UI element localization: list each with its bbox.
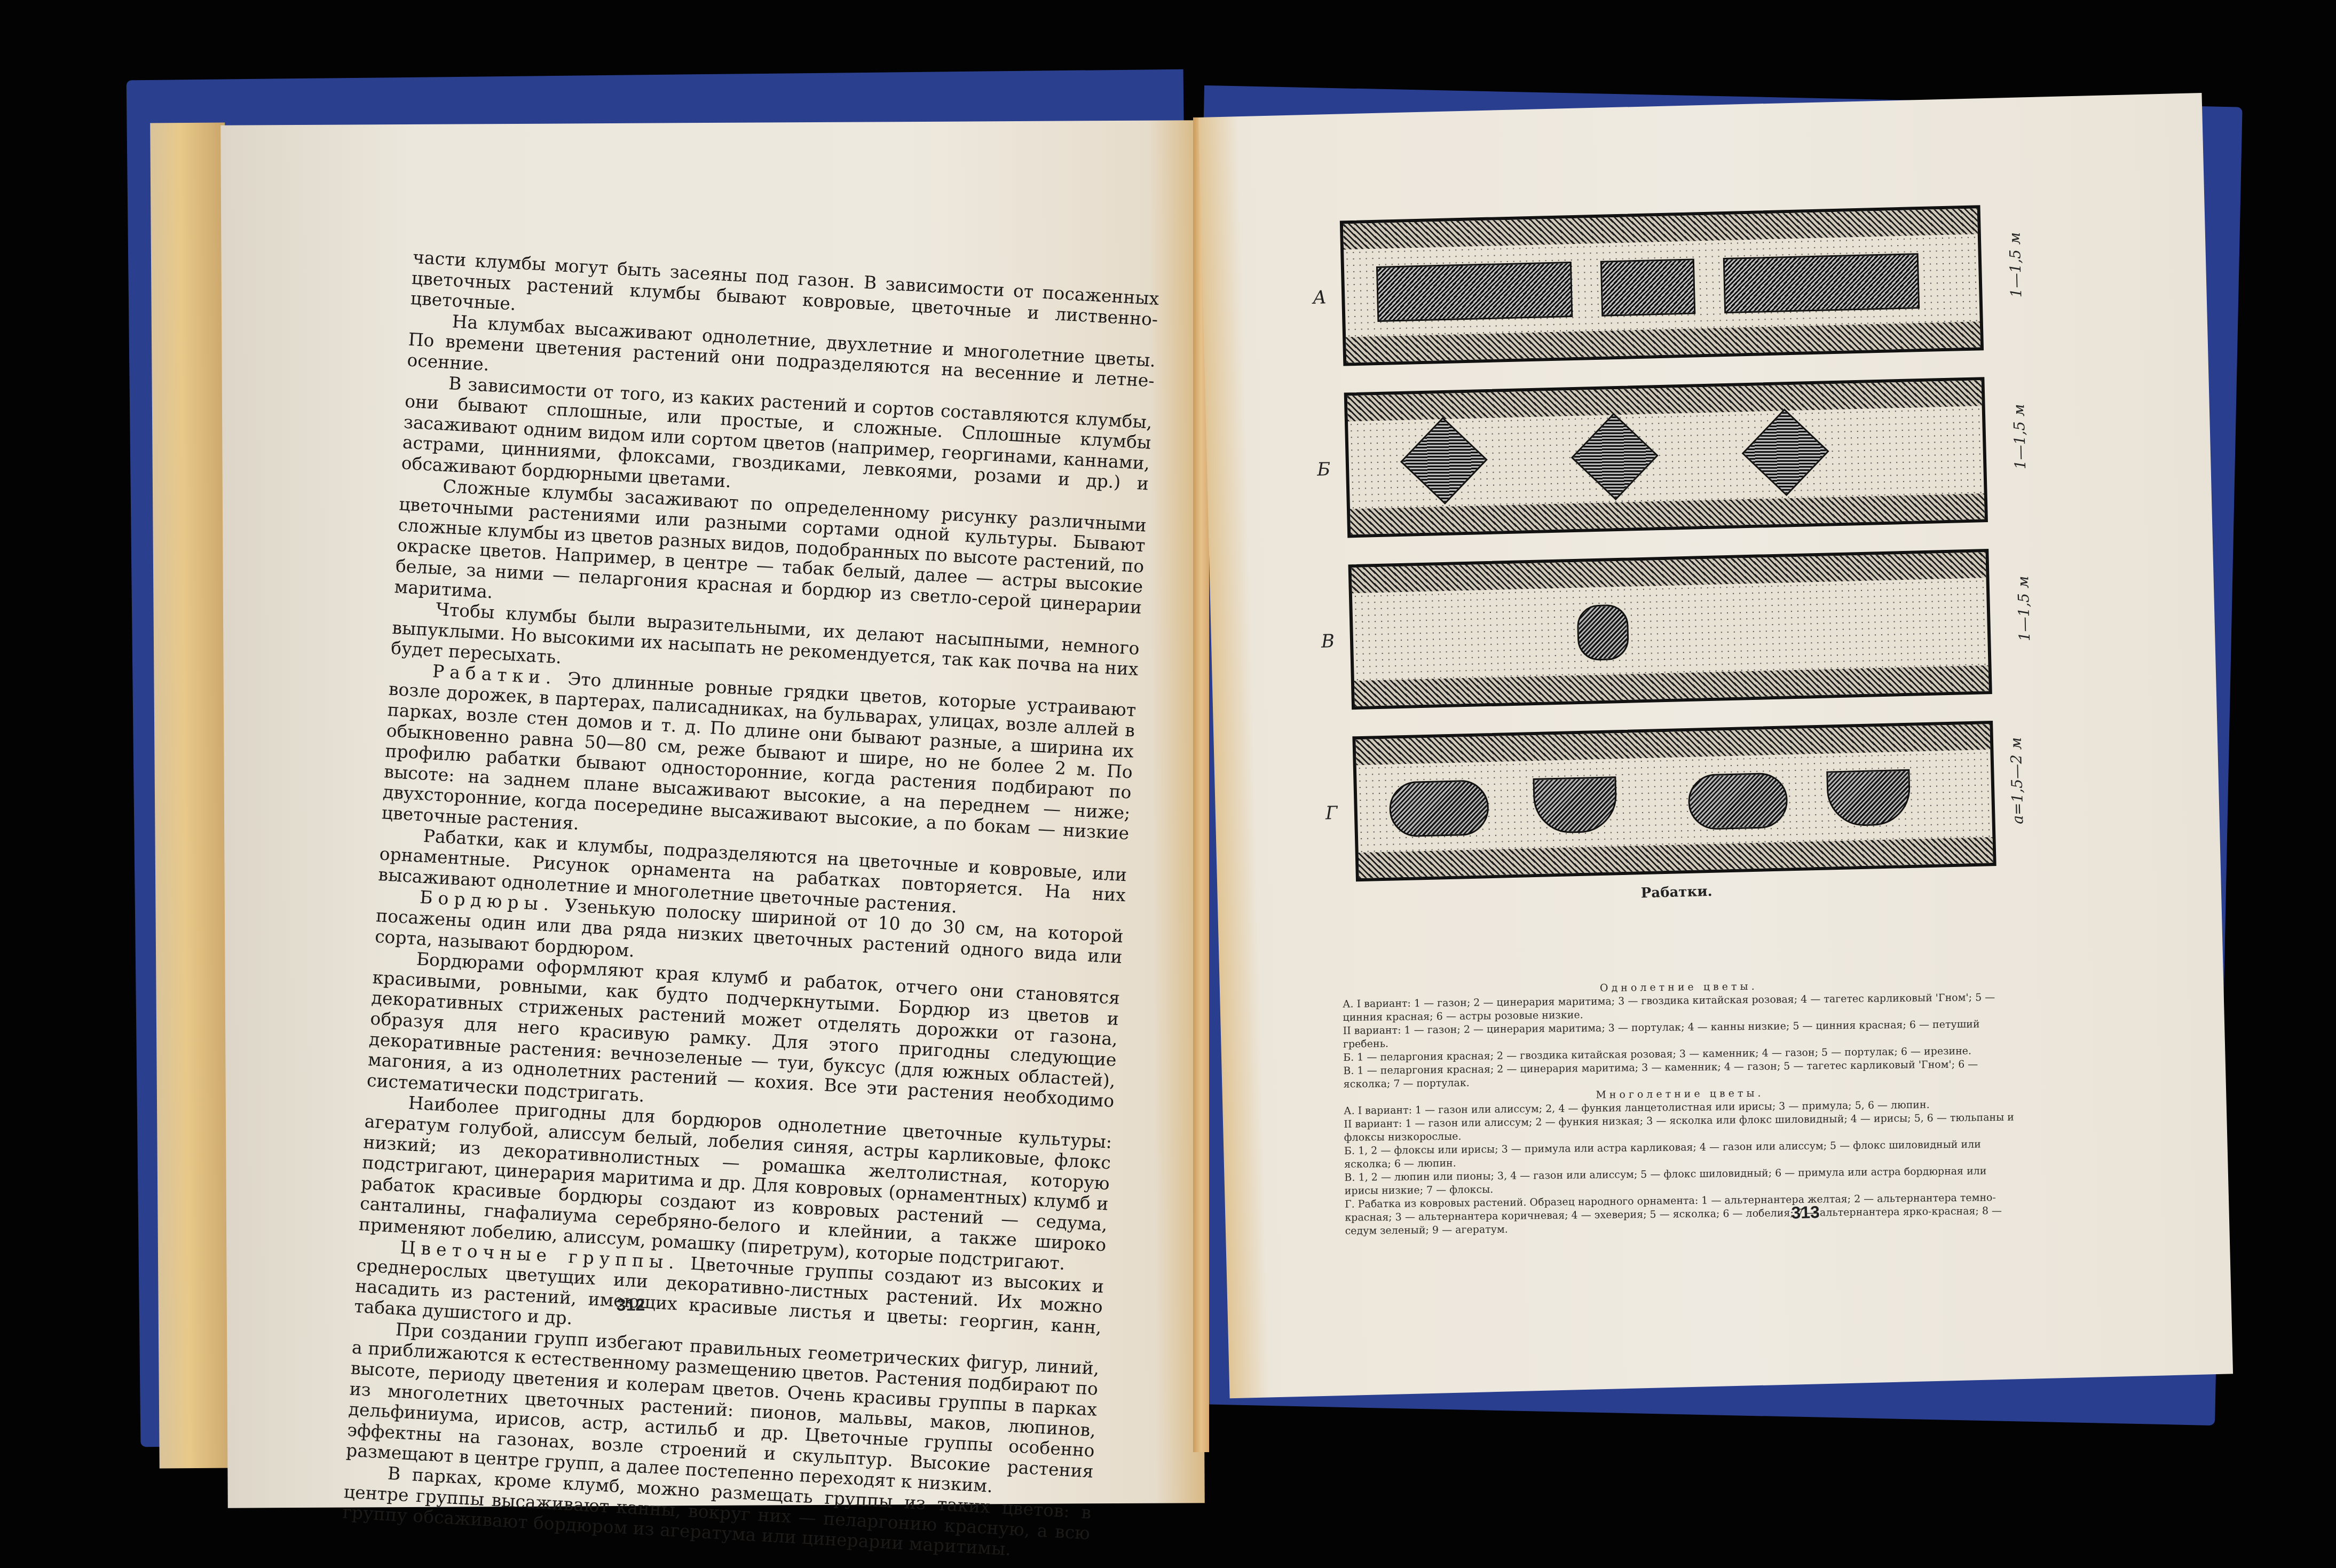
figure-caption: Рабатки. xyxy=(1356,877,1997,908)
diamond-motif xyxy=(1400,417,1488,505)
page-number-right: 313 xyxy=(1791,1202,1820,1223)
figure-legend: Однолетние цветы. А. I вариант: 1 — газо… xyxy=(1343,978,2018,1238)
diamond-motif xyxy=(1742,408,1829,496)
figure-rabatki: А 1—1,5 м Б 1—1,5 м В 1—1,5 м xyxy=(1340,205,1997,908)
left-page-text: части клумбы могут быть засеяны под газо… xyxy=(342,247,1159,1564)
bed-motif xyxy=(1376,262,1573,322)
bed-dimension: 1—1,5 м xyxy=(2006,232,2025,298)
bed-dimension: а=1,5—2 м xyxy=(2007,737,2027,824)
bed-dimension: 1—1,5 м xyxy=(2010,404,2029,469)
bed-motif xyxy=(1723,253,1920,313)
bed-diagram-v: В 1—1,5 м xyxy=(1348,549,1992,710)
flower-motif xyxy=(1577,604,1630,661)
bed-diagram-a: А 1—1,5 м xyxy=(1340,205,1984,366)
bed-label: Б xyxy=(1317,459,1331,480)
tulip-motif xyxy=(1826,769,1911,827)
legend-item-carpet: Г. Рабатка из ковровых растений. Образец… xyxy=(1345,1191,2018,1238)
page-number-left: 312 xyxy=(617,1295,645,1315)
tulip-motif xyxy=(1533,776,1617,834)
bed-label: В xyxy=(1321,631,1335,652)
bed-diagram-g: Г а=1,5—2 м xyxy=(1352,721,1996,881)
leaf-motif xyxy=(1389,779,1489,838)
right-page: А 1—1,5 м Б 1—1,5 м В 1—1,5 м xyxy=(1198,93,2233,1398)
bed-diagram-b: Б 1—1,5 м xyxy=(1344,377,1988,538)
bed-dimension: 1—1,5 м xyxy=(2014,576,2033,641)
leaf-motif xyxy=(1687,772,1788,830)
left-page: части клумбы могут быть засеяны под газо… xyxy=(220,120,1205,1508)
diamond-motif xyxy=(1571,413,1659,500)
bed-label: А xyxy=(1313,287,1327,309)
bed-label: Г xyxy=(1325,802,1337,824)
bed-motif xyxy=(1600,258,1695,317)
